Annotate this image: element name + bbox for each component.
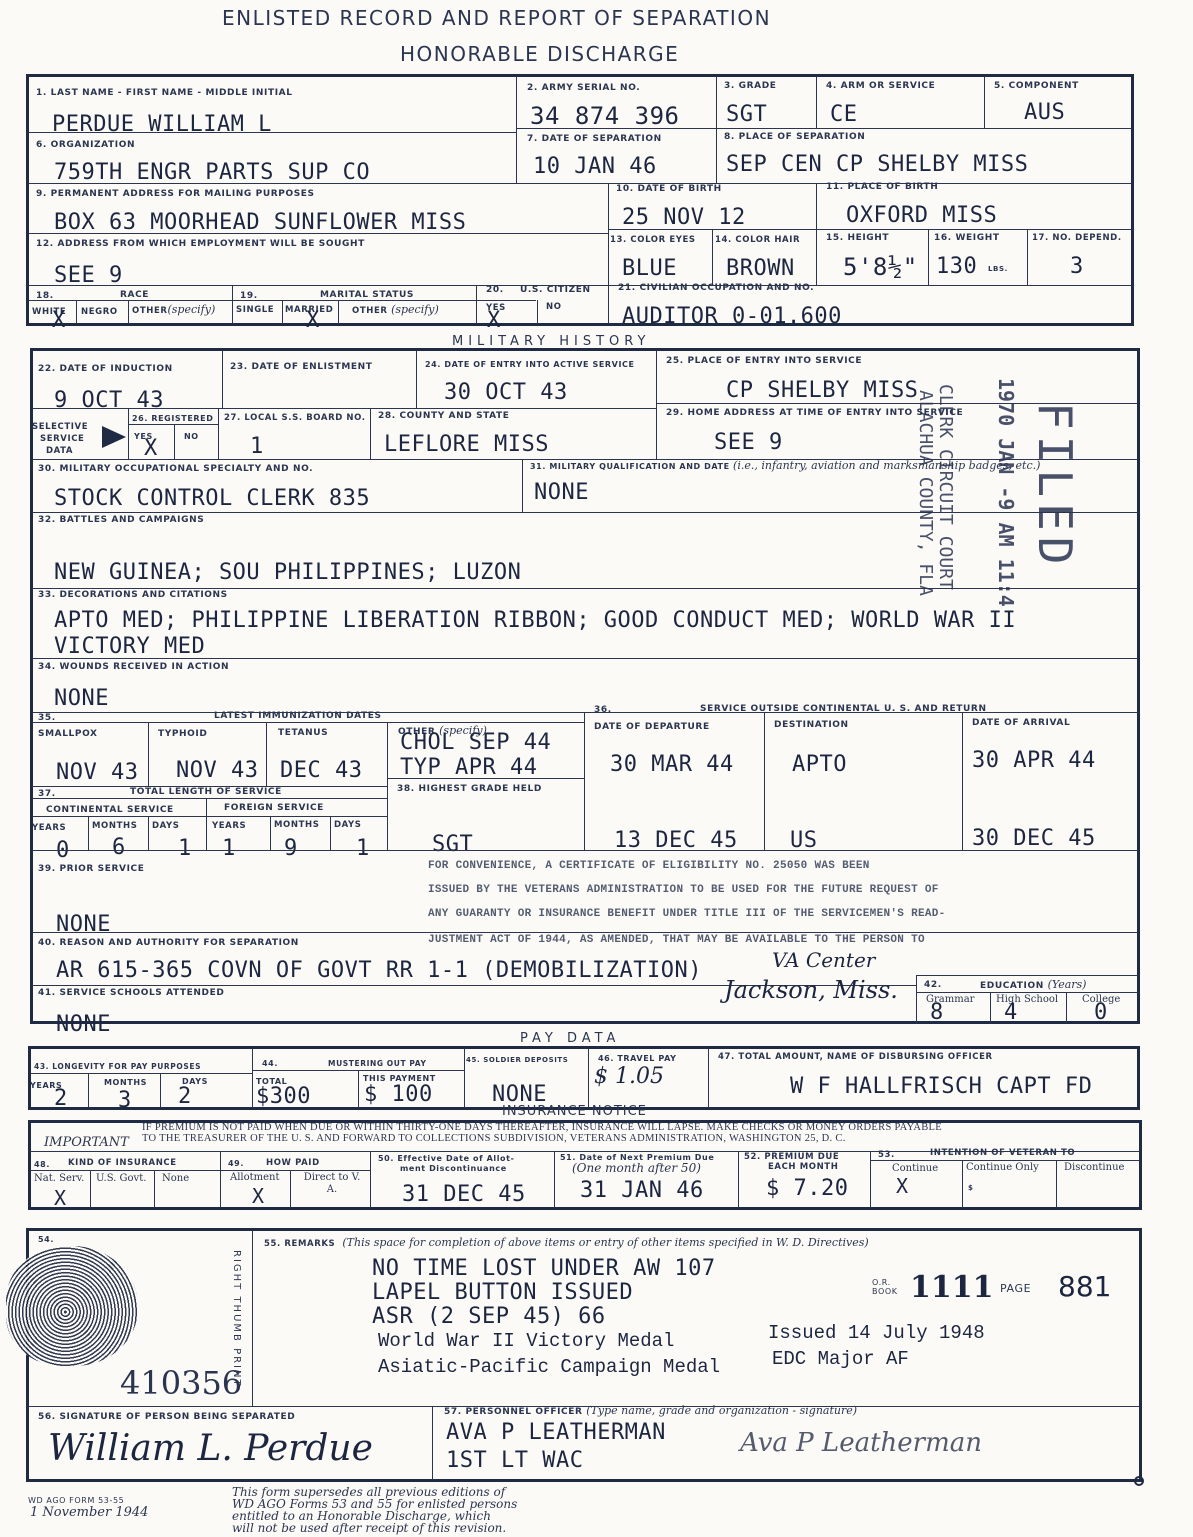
mustering-out-pay-label: MUSTERING OUT PAY [328, 1059, 427, 1068]
county-state-field[interactable]: LEFLORE MISS [384, 432, 549, 457]
foreign-service-label: FOREIGN SERVICE [224, 803, 324, 813]
pay-data-heading: PAY DATA [520, 1031, 620, 1046]
continue-only-dollar: $ [968, 1184, 973, 1192]
book-number: 1111 [910, 1270, 994, 1305]
race-other-text: OTHER [132, 306, 168, 316]
county-state-label: 28. COUNTY AND STATE [378, 411, 510, 421]
mustering-total-field[interactable]: $300 [256, 1084, 311, 1109]
allotment-mark: X [252, 1184, 264, 1208]
personnel-officer-signature[interactable]: Ava P Leatherman [740, 1428, 982, 1458]
remarks-line-1[interactable]: NO TIME LOST UNDER AW 107 [372, 1256, 716, 1281]
weight-unit: LBS. [988, 265, 1008, 273]
home-address-field[interactable]: SEE 9 [714, 430, 783, 455]
foreign-days-label: DAYS [334, 820, 362, 830]
continue-only-option[interactable]: Continue Only [966, 1162, 1039, 1174]
arm-service-label: 4. ARM OR SERVICE [826, 81, 935, 91]
selective-service-label: SELECTIVE [32, 422, 88, 432]
enlistment-date-label: 23. DATE OF ENLISTMENT [230, 362, 373, 372]
prior-service-field[interactable]: NONE [56, 912, 111, 937]
other-immunization-field-1[interactable]: CHOL SEP 44 [400, 730, 551, 755]
jackson-miss-handwriting: Jackson, Miss. [724, 976, 898, 1004]
travel-pay-label: 46. TRAVEL PAY [598, 1054, 677, 1063]
premium-due-field[interactable]: $ 7.20 [766, 1176, 848, 1201]
birth-date-field[interactable]: 25 NOV 12 [622, 205, 746, 230]
organization-field[interactable]: 759TH ENGR PARTS SUP CO [54, 160, 370, 185]
insurance-kind-label: KIND OF INSURANCE [68, 1158, 177, 1168]
remarks-typed-2[interactable]: Asiatic-Pacific Campaign Medal [378, 1356, 720, 1378]
allotment-end-label: 50. Effective Date of Allot- [378, 1154, 515, 1163]
remarks-label-text: 55. REMARKS [264, 1239, 335, 1249]
military-history-section [30, 348, 1140, 1024]
hair-color-label: 14. COLOR HAIR [715, 235, 800, 245]
highest-grade-field[interactable]: SGT [432, 832, 473, 857]
personnel-officer-label-text: 57. PERSONNEL OFFICER [444, 1407, 583, 1417]
registered-no-option[interactable]: NO [184, 432, 199, 441]
medal-issued-by[interactable]: EDC Major AF [772, 1348, 909, 1370]
decorations-field-line1[interactable]: APTO MED; PHILIPPINE LIBERATION RIBBON; … [54, 608, 1016, 633]
name-field[interactable]: PERDUE WILLIAM L [52, 112, 272, 137]
education-label-num: 42. [924, 980, 942, 990]
height-field[interactable]: 5'8½" [843, 253, 918, 281]
immunization-label: LATEST IMMUNIZATION DATES [214, 711, 382, 721]
us-govt-option[interactable]: U.S. Govt. [96, 1173, 146, 1185]
induction-date-label: 22. DATE OF INDUCTION [38, 364, 173, 374]
disbursing-officer-label: 47. TOTAL AMOUNT, NAME OF DISBURSING OFF… [718, 1052, 993, 1062]
college-years-field[interactable]: 0 [1094, 1000, 1108, 1025]
destination-field-1[interactable]: APTO [792, 752, 847, 777]
decorations-label: 33. DECORATIONS AND CITATIONS [38, 590, 228, 600]
prior-service-label: 39. PRIOR SERVICE [38, 864, 145, 874]
va-center-handwriting: VA Center [772, 948, 875, 972]
component-field[interactable]: AUS [1024, 100, 1065, 125]
filed-stamp-date: 1970 JAN -9 AM 11:4 [994, 378, 1018, 607]
induction-date-field[interactable]: 9 OCT 43 [54, 388, 164, 413]
thumbprint-label-num: 54. [38, 1235, 54, 1244]
separation-reason-field[interactable]: AR 615-365 COVN OF GOVT RR 1-1 (DEMOBILI… [56, 958, 702, 983]
other-immunization-field-2[interactable]: TYP APR 44 [400, 755, 537, 780]
immunization-label-num: 35. [38, 713, 56, 723]
active-service-date-field[interactable]: 30 OCT 43 [444, 380, 568, 405]
supersede-note-4: will not be used after receipt of this r… [232, 1522, 506, 1534]
eye-color-label: 13. COLOR EYES [610, 235, 696, 245]
battles-label: 32. BATTLES AND CAMPAIGNS [38, 515, 204, 525]
mustering-this-payment-field[interactable]: $ 100 [364, 1082, 433, 1107]
selective-service-label-2: SERVICE [40, 434, 84, 444]
thumbprint-number: 410356 [120, 1364, 242, 1402]
cont-days-label: DAYS [152, 821, 180, 831]
smallpox-label: SMALLPOX [38, 729, 98, 739]
form-subtitle: HONORABLE DISCHARGE [400, 42, 679, 66]
mos-label: 30. MILITARY OCCUPATIONAL SPECIALTY AND … [38, 464, 313, 474]
insurance-kind-label-num: 48. [34, 1160, 50, 1169]
continental-service-label: CONTINENTAL SERVICE [46, 805, 174, 815]
eligibility-certificate-line: ANY GUARANTY OR INSURANCE BENEFIT UNDER … [428, 908, 946, 920]
longevity-months-field[interactable]: 3 [118, 1088, 132, 1113]
entry-place-label: 25. PLACE OF ENTRY INTO SERVICE [666, 356, 862, 366]
birth-place-label: 11. PLACE OF BIRTH [826, 182, 938, 192]
longevity-months-label: MONTHS [104, 1078, 147, 1087]
separation-place-field[interactable]: SEP CEN CP SHELBY MISS [726, 152, 1028, 177]
weight-label: 16. WEIGHT [934, 233, 1000, 243]
page-label: PAGE [1000, 1282, 1031, 1295]
citizen-option-no[interactable]: NO [546, 302, 562, 312]
board-number-field[interactable]: 1 [250, 434, 264, 459]
grade-field[interactable]: SGT [726, 102, 767, 127]
remarks-typed-1[interactable]: World War II Victory Medal [378, 1330, 674, 1352]
filed-stamp: FILED [1028, 402, 1082, 570]
marital-label-num: 19. [240, 291, 258, 301]
nat-serv-mark: X [54, 1186, 66, 1210]
nat-serv-option[interactable]: Nat. Serv. [34, 1173, 84, 1185]
next-premium-hint: (One month after 50) [572, 1162, 701, 1174]
race-label-num: 18. [36, 291, 54, 301]
how-paid-label: HOW PAID [266, 1158, 320, 1168]
form-number: WD AGO FORM 53-55 [28, 1496, 124, 1505]
medal-issued-date[interactable]: Issued 14 July 1948 [768, 1322, 985, 1344]
intention-label: INTENTION OF VETERAN TO [930, 1148, 1075, 1158]
arm-service-field[interactable]: CE [830, 102, 858, 127]
eligibility-certificate-line: FOR CONVENIENCE, A CERTIFICATE OF ELIGIB… [428, 860, 870, 872]
organization-label: 6. ORGANIZATION [36, 140, 135, 150]
filed-stamp-county: ALACHUA COUNTY, FLA [915, 390, 936, 596]
foreign-months-field[interactable]: 9 [284, 836, 298, 861]
overseas-label-num: 36. [594, 705, 612, 715]
allotment-option[interactable]: Allotment [230, 1172, 280, 1184]
filed-stamp-clerk: CLERK CIRCUIT COURT [935, 384, 956, 590]
longevity-days-field[interactable]: 2 [178, 1084, 192, 1109]
birth-place-field[interactable]: OXFORD MISS [846, 203, 997, 228]
foreign-days-field[interactable]: 1 [356, 836, 370, 861]
travel-pay-field[interactable]: $ 1.05 [594, 1064, 664, 1089]
hair-color-field[interactable]: BROWN [726, 256, 795, 281]
personnel-officer-grade[interactable]: 1ST LT WAC [446, 1448, 583, 1473]
how-paid-label-num: 49. [228, 1159, 244, 1168]
foreign-years-label: YEARS [212, 821, 246, 831]
direct-to-va-option[interactable]: Direct to V. A. [300, 1172, 364, 1196]
remarks-line-2[interactable]: LAPEL BUTTON ISSUED [372, 1280, 633, 1305]
separation-reason-label: 40. REASON AND AUTHORITY FOR SEPARATION [38, 938, 299, 948]
allotment-end-field[interactable]: 31 DEC 45 [402, 1182, 526, 1207]
employment-address-field[interactable]: SEE 9 [54, 263, 123, 288]
remarks-hint: (This space for completion of above item… [342, 1236, 868, 1249]
typhoid-field[interactable]: NOV 43 [176, 758, 258, 783]
cont-months-label: MONTHS [92, 821, 137, 831]
race-specify-hint: (specify) [168, 303, 216, 316]
occupation-label: 21. CIVILIAN OCCUPATION AND NO. [618, 283, 814, 293]
education-label: EDUCATION (Years) [980, 978, 1086, 991]
separation-date-label: 7. DATE OF SEPARATION [527, 134, 662, 144]
education-label-text: EDUCATION [980, 981, 1044, 991]
intention-label-num: 53. [878, 1150, 895, 1160]
next-premium-field[interactable]: 31 JAN 46 [580, 1178, 704, 1203]
tetanus-label: TETANUS [278, 728, 328, 738]
marital-option-single[interactable]: SINGLE [236, 305, 274, 315]
race-option-negro[interactable]: NEGRO [81, 307, 118, 317]
overseas-service-label: SERVICE OUTSIDE CONTINENTAL U. S. AND RE… [700, 704, 987, 714]
service-schools-label: 41. SERVICE SCHOOLS ATTENDED [38, 988, 224, 998]
separation-date-field[interactable]: 10 JAN 46 [533, 154, 657, 179]
wounds-label: 34. WOUNDS RECEIVED IN ACTION [38, 662, 229, 672]
arrival-date-field-2[interactable]: 30 DEC 45 [972, 826, 1096, 851]
arrival-date-label: DATE OF ARRIVAL [972, 718, 1070, 728]
eligibility-certificate-line: ISSUED BY THE VETERANS ADMINISTRATION TO… [428, 884, 939, 896]
personnel-officer-label: 57. PERSONNEL OFFICER (Type name, grade … [444, 1404, 857, 1417]
none-option[interactable]: None [162, 1173, 189, 1185]
education-years-hint: (Years) [1048, 978, 1087, 991]
registered-yes-mark: X [144, 436, 157, 461]
separated-signature[interactable]: William L. Perdue [48, 1428, 373, 1469]
military-history-heading: MILITARY HISTORY [452, 334, 650, 349]
mustering-label-num: 44. [262, 1059, 278, 1068]
continue-mark: X [896, 1174, 908, 1198]
smallpox-field[interactable]: NOV 43 [56, 760, 138, 785]
wounds-field[interactable]: NONE [54, 686, 109, 711]
race-label: RACE [120, 290, 149, 300]
board-number-label: 27. LOCAL S.S. BOARD NO. [224, 413, 366, 423]
qualification-label-text: 31. MILITARY QUALIFICATION AND DATE [530, 462, 730, 471]
marital-other-text: OTHER [352, 306, 388, 316]
employment-address-label: 12. ADDRESS FROM WHICH EMPLOYMENT WILL B… [36, 239, 365, 249]
service-length-label-num: 37. [38, 789, 56, 799]
citizen-yes-mark: X [487, 308, 500, 333]
component-label: 5. COMPONENT [994, 81, 1079, 91]
typhoid-label: TYPHOID [158, 729, 207, 739]
form-title: ENLISTED RECORD AND REPORT OF SEPARATION [222, 6, 771, 30]
marital-married-mark: X [306, 308, 319, 333]
departure-date-field-1[interactable]: 30 MAR 44 [610, 752, 734, 777]
fingerprint-image [6, 1246, 138, 1366]
service-schools-field[interactable]: NONE [56, 1012, 111, 1037]
weight-field[interactable]: 130 [936, 254, 977, 279]
separation-place-label: 8. PLACE OF SEPARATION [724, 132, 865, 142]
personnel-officer-name[interactable]: AVA P LEATHERMAN [446, 1420, 666, 1445]
name-label: 1. LAST NAME - FIRST NAME - MIDDLE INITI… [36, 88, 293, 98]
grade-label: 3. GRADE [724, 81, 777, 91]
citizen-label-num: 20. [486, 285, 504, 295]
departure-date-label: DATE OF DEPARTURE [594, 722, 710, 732]
form-date: 1 November 1944 [30, 1507, 148, 1519]
arrival-date-field-1[interactable]: 30 APR 44 [972, 748, 1096, 773]
registered-label: 26. REGISTERED [132, 414, 213, 423]
race-option-other[interactable]: OTHER(specify) [132, 303, 215, 316]
eligibility-certificate-line: JUSTMENT ACT OF 1944, AS AMENDED, THAT M… [428, 934, 925, 946]
dependents-label: 17. NO. DEPEND. [1032, 233, 1122, 243]
birth-date-label: 10. DATE OF BIRTH [616, 184, 722, 194]
insurance-notice-line1: IF PREMIUM IS NOT PAID WHEN DUE OR WITHI… [142, 1122, 942, 1133]
foreign-years-field[interactable]: 1 [222, 836, 236, 861]
page-number: 881 [1058, 1270, 1111, 1303]
highest-grade-label: 38. HIGHEST GRADE HELD [397, 784, 542, 794]
active-service-date-label: 24. DATE OF ENTRY INTO ACTIVE SERVICE [425, 360, 635, 369]
mailing-address-field[interactable]: BOX 63 MOORHEAD SUNFLOWER MISS [54, 210, 466, 235]
dependents-field[interactable]: 3 [1070, 254, 1084, 279]
discontinue-option[interactable]: Discontinue [1064, 1162, 1124, 1174]
cont-years-label: YEARS [32, 823, 66, 833]
separated-signature-label: 56. SIGNATURE OF PERSON BEING SEPARATED [38, 1412, 295, 1422]
marital-option-other[interactable]: OTHER (specify) [352, 303, 439, 316]
eye-color-field[interactable]: BLUE [622, 256, 677, 281]
personnel-officer-hint: (Type name, grade and organization - sig… [586, 1404, 857, 1417]
entry-place-field[interactable]: CP SHELBY MISS [726, 378, 918, 403]
serial-label: 2. ARMY SERIAL NO. [527, 83, 640, 93]
book-label: O.R. BOOK [872, 1278, 908, 1296]
height-label: 15. HEIGHT [826, 233, 889, 243]
destination-label: DESTINATION [774, 720, 849, 730]
mailing-address-label: 9. PERMANENT ADDRESS FOR MAILING PURPOSE… [36, 189, 315, 199]
battles-field[interactable]: NEW GUINEA; SOU PHILIPPINES; LUZON [54, 560, 521, 585]
longevity-years-field[interactable]: 2 [54, 1086, 68, 1111]
insurance-notice-heading: INSURANCE NOTICE [502, 1104, 647, 1119]
remarks-label: 55. REMARKS (This space for completion o… [264, 1236, 869, 1249]
cont-months-field[interactable]: 6 [112, 835, 126, 860]
serial-field[interactable]: 34 874 396 [530, 102, 680, 130]
qualification-label: 31. MILITARY QUALIFICATION AND DATE (i.e… [530, 459, 1040, 472]
longevity-label: 43. LONGEVITY FOR PAY PURPOSES [34, 1062, 201, 1071]
tetanus-field[interactable]: DEC 43 [280, 758, 362, 783]
arrow-pointer-icon [102, 426, 126, 448]
insurance-notice-line2: TO THE TREASURER OF THE U. S. AND FORWAR… [142, 1133, 846, 1144]
high-school-years-field[interactable]: 4 [1004, 1000, 1018, 1025]
remarks-line-3[interactable]: ASR (2 SEP 45) 66 [372, 1304, 606, 1329]
selective-service-label-3: DATA [46, 446, 73, 456]
premium-due-label: 52. PREMIUM DUE [744, 1152, 839, 1162]
soldier-deposits-label: 45. SOLDIER DEPOSITS [466, 1056, 568, 1064]
marital-specify-hint: (specify) [391, 303, 439, 316]
foreign-months-label: MONTHS [274, 820, 319, 830]
qualification-field[interactable]: NONE [534, 480, 589, 505]
allotment-end-label-2: ment Discontinuance [400, 1164, 507, 1173]
cont-days-field[interactable]: 1 [178, 836, 192, 861]
service-length-label: TOTAL LENGTH OF SERVICE [130, 787, 282, 797]
disbursing-officer-field[interactable]: W F HALLFRISCH CAPT FD [790, 1074, 1092, 1099]
race-white-mark: X [52, 308, 65, 333]
citizen-label: U.S. CITIZEN [520, 285, 591, 295]
important-label: IMPORTANT [44, 1135, 129, 1150]
decorations-field-line2[interactable]: VICTORY MED [54, 634, 205, 659]
occupation-field[interactable]: AUDITOR 0-01.600 [622, 304, 842, 329]
premium-due-label-2: EACH MONTH [768, 1162, 838, 1172]
union-label-icon [1134, 1476, 1144, 1486]
grammar-years-field[interactable]: 8 [930, 1000, 944, 1025]
marital-status-label: MARITAL STATUS [320, 290, 414, 300]
mos-field[interactable]: STOCK CONTROL CLERK 835 [54, 486, 370, 511]
